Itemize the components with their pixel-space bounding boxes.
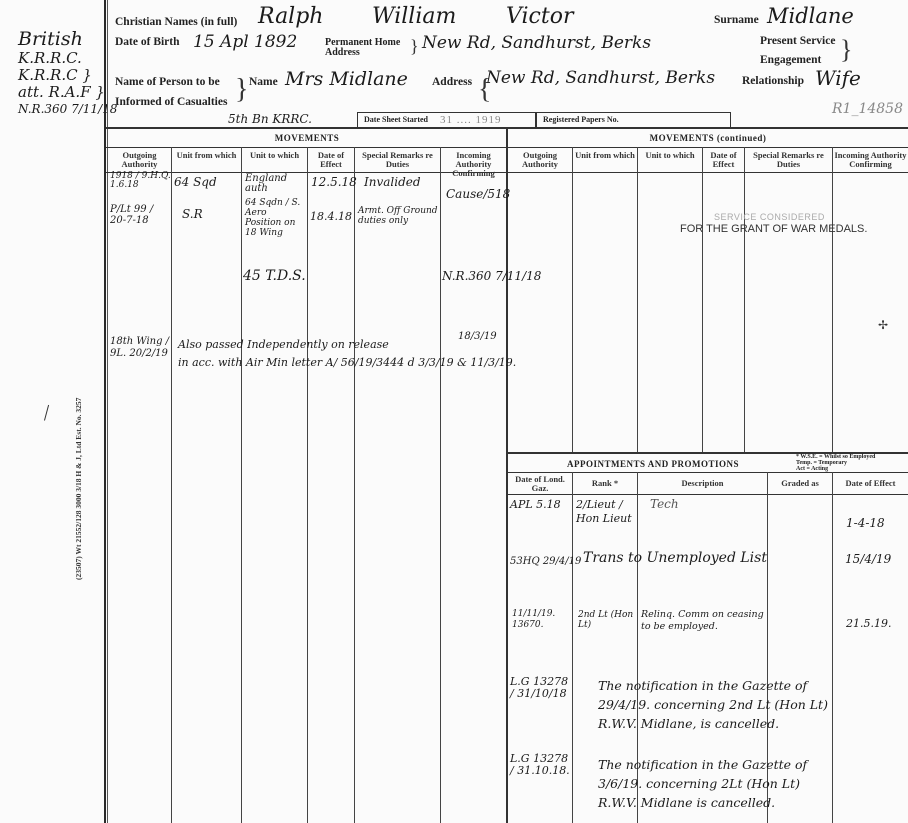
- column-divider: [637, 147, 638, 452]
- appointment-description: The notification in the Gazette of 3/6/1…: [598, 755, 834, 812]
- column-header: Unit from which: [172, 151, 241, 160]
- movement-date: 18.4.18: [310, 210, 352, 223]
- movement-to: 64 Sqdn / S. Aero Position on 18 Wing: [245, 198, 305, 238]
- appointment-rank: 2nd Lt (Hon Lt): [578, 610, 634, 630]
- column-header: Outgoing Authority: [108, 151, 171, 169]
- column-divider: [354, 147, 355, 823]
- form-border: [107, 0, 108, 823]
- movement-note: Also passed Independently on release: [178, 338, 389, 351]
- movement-incoming: Cause/518: [446, 188, 510, 201]
- appointment-gazette: APL 5.18: [510, 498, 561, 511]
- movement-outgoing: P/Lt 99 / 20-7-18: [110, 204, 170, 226]
- movement-incoming: N.R.360 7/11/18: [442, 270, 541, 283]
- christian-name-1: Ralph: [258, 4, 323, 29]
- column-divider: [572, 147, 573, 452]
- column-header: Unit to which: [242, 151, 307, 160]
- column-header: Incoming Authority Confirming: [833, 151, 908, 169]
- medal-stamp-line1: SERVICE CONSIDERED: [714, 212, 825, 222]
- margin-note: att. R.A.F }: [18, 84, 103, 101]
- date-sheet-started-box: Date Sheet Started 31 .... 1919: [357, 112, 536, 127]
- surname-label: Surname: [714, 14, 759, 26]
- column-header: Date of Effect: [833, 479, 908, 488]
- appointment-description: Relinq. Comm on ceasing to be employed.: [641, 609, 765, 633]
- column-header: Description: [638, 479, 767, 488]
- appointment-rank: 2/Lieut / Hon Lieut: [576, 498, 636, 526]
- appointment-effect: 21.5.19.: [846, 617, 891, 630]
- column-header: Graded as: [768, 479, 832, 488]
- casualty-address-value: New Rd, Sandhurst, Berks: [486, 68, 715, 88]
- margin-note: K.R.R.C.: [18, 50, 103, 67]
- column-divider: [572, 472, 573, 823]
- movement-note: in acc. with Air Min letter A/ 56/19/344…: [178, 356, 516, 369]
- present-service-label: Present Service: [760, 35, 835, 47]
- appointment-description: Tech: [650, 498, 679, 511]
- margin-notes: British K.R.R.C. K.R.R.C } att. R.A.F } …: [18, 28, 103, 118]
- margin-note: N.R.360 7/11/18: [18, 101, 103, 118]
- appointment-gazette: 53HQ 29/4/19: [510, 555, 581, 568]
- column-header: Incoming Authority Confirming: [441, 151, 506, 178]
- relationship-value: Wife: [815, 66, 861, 90]
- form-border: [104, 0, 106, 823]
- table-border: [508, 472, 908, 473]
- casualty-label: Name of Person to be: [115, 76, 220, 88]
- unit-note: 5th Bn KRRC.: [228, 112, 312, 126]
- appointment-description: The notification in the Gazette of 29/4/…: [598, 676, 834, 733]
- appointment-effect: 15/4/19: [845, 553, 891, 566]
- movement-outgoing: 18th Wing / 9L. 20/2/19: [110, 336, 174, 360]
- appointment-effect: 1-4-18: [846, 517, 885, 530]
- column-header: Special Remarks re Duties: [745, 151, 832, 169]
- mark-icon: ✢: [878, 318, 888, 333]
- movement-from: S.R: [182, 208, 203, 221]
- christian-names-label: Christian Names (in full): [115, 16, 237, 28]
- movement-to: England auth: [245, 174, 305, 194]
- column-header: Rank *: [573, 479, 637, 488]
- brace-icon: }: [235, 71, 248, 109]
- dob-value: 15 Apl 1892: [193, 32, 297, 52]
- casualty-label-2: Informed of Casualties: [115, 96, 227, 108]
- medal-stamp-line2: FOR THE GRANT OF WAR MEDALS.: [680, 223, 867, 235]
- table-border: [508, 494, 908, 495]
- christian-name-3: Victor: [506, 4, 573, 29]
- casualty-address-label: Address: [432, 76, 472, 88]
- casualty-name-label: Name: [249, 76, 278, 88]
- home-address-value: New Rd, Sandhurst, Berks: [422, 33, 651, 53]
- column-header: Unit to which: [638, 151, 702, 160]
- column-divider: [440, 147, 441, 823]
- movement-date: 12.5.18: [311, 176, 357, 189]
- date-sheet-started-value: 31 .... 1919: [440, 114, 502, 126]
- margin-note: K.R.R.C }: [18, 67, 103, 84]
- column-divider: [241, 147, 242, 823]
- column-header: Special Remarks re Duties: [355, 151, 440, 169]
- column-divider: [744, 147, 745, 452]
- reference-number: R1_14858: [832, 101, 903, 117]
- appointment-gazette: L.G 13278 / 31.10.18.: [510, 753, 570, 777]
- date-sheet-started-label: Date Sheet Started: [364, 115, 428, 124]
- engagement-label: Engagement: [760, 54, 821, 66]
- registered-papers-label: Registered Papers No.: [543, 115, 619, 124]
- appointment-gazette: L.G 13278 / 31/10/18: [510, 676, 570, 700]
- column-divider: [171, 147, 172, 823]
- abbreviation-legend: * W.S.E. = Whilst so Employed Temp. = Te…: [796, 454, 875, 472]
- margin-note: British: [18, 28, 103, 50]
- dob-label: Date of Birth: [115, 36, 180, 48]
- registered-papers-box: Registered Papers No.: [536, 112, 731, 127]
- printer-code: (23507) Wt 21552/128 3000 3/18 H & J, Lt…: [70, 300, 90, 580]
- movement-to: 45 T.D.S.: [243, 270, 306, 283]
- margin-mark: [44, 405, 51, 421]
- movement-incoming: 18/3/19: [458, 330, 497, 343]
- brace-icon: }: [410, 36, 419, 57]
- column-header: Outgoing Authority: [508, 151, 572, 169]
- movement-remarks: Invalided: [364, 176, 421, 189]
- christian-name-2: William: [372, 4, 456, 29]
- appointment-gazette: 11/11/19. 13670.: [512, 609, 568, 631]
- appointment-description: Trans to Unemployed List: [583, 552, 767, 565]
- movement-remarks: Armt. Off Ground duties only: [358, 206, 438, 226]
- column-header: Date of Effect: [703, 151, 744, 169]
- movements-title: MOVEMENTS: [108, 133, 506, 143]
- casualty-name-value: Mrs Midlane: [285, 68, 408, 90]
- column-header: Date of Effect: [308, 151, 354, 169]
- brace-icon: }: [840, 33, 852, 67]
- column-divider: [702, 147, 703, 452]
- movements-continued-title: MOVEMENTS (continued): [508, 133, 908, 143]
- home-address-label-2: Address: [325, 47, 360, 58]
- column-divider: [832, 147, 833, 452]
- surname-value: Midlane: [767, 4, 854, 28]
- column-header: Unit from which: [573, 151, 637, 160]
- column-divider: [307, 147, 308, 823]
- movement-outgoing: 1918 / 9.H.Q. 1.6.18: [110, 172, 172, 190]
- relationship-label: Relationship: [742, 75, 804, 87]
- column-header: Date of Lond. Gaz.: [508, 475, 572, 493]
- appointments-title: APPOINTMENTS AND PROMOTIONS: [508, 459, 798, 469]
- movement-from: 64 Sqd: [174, 176, 217, 189]
